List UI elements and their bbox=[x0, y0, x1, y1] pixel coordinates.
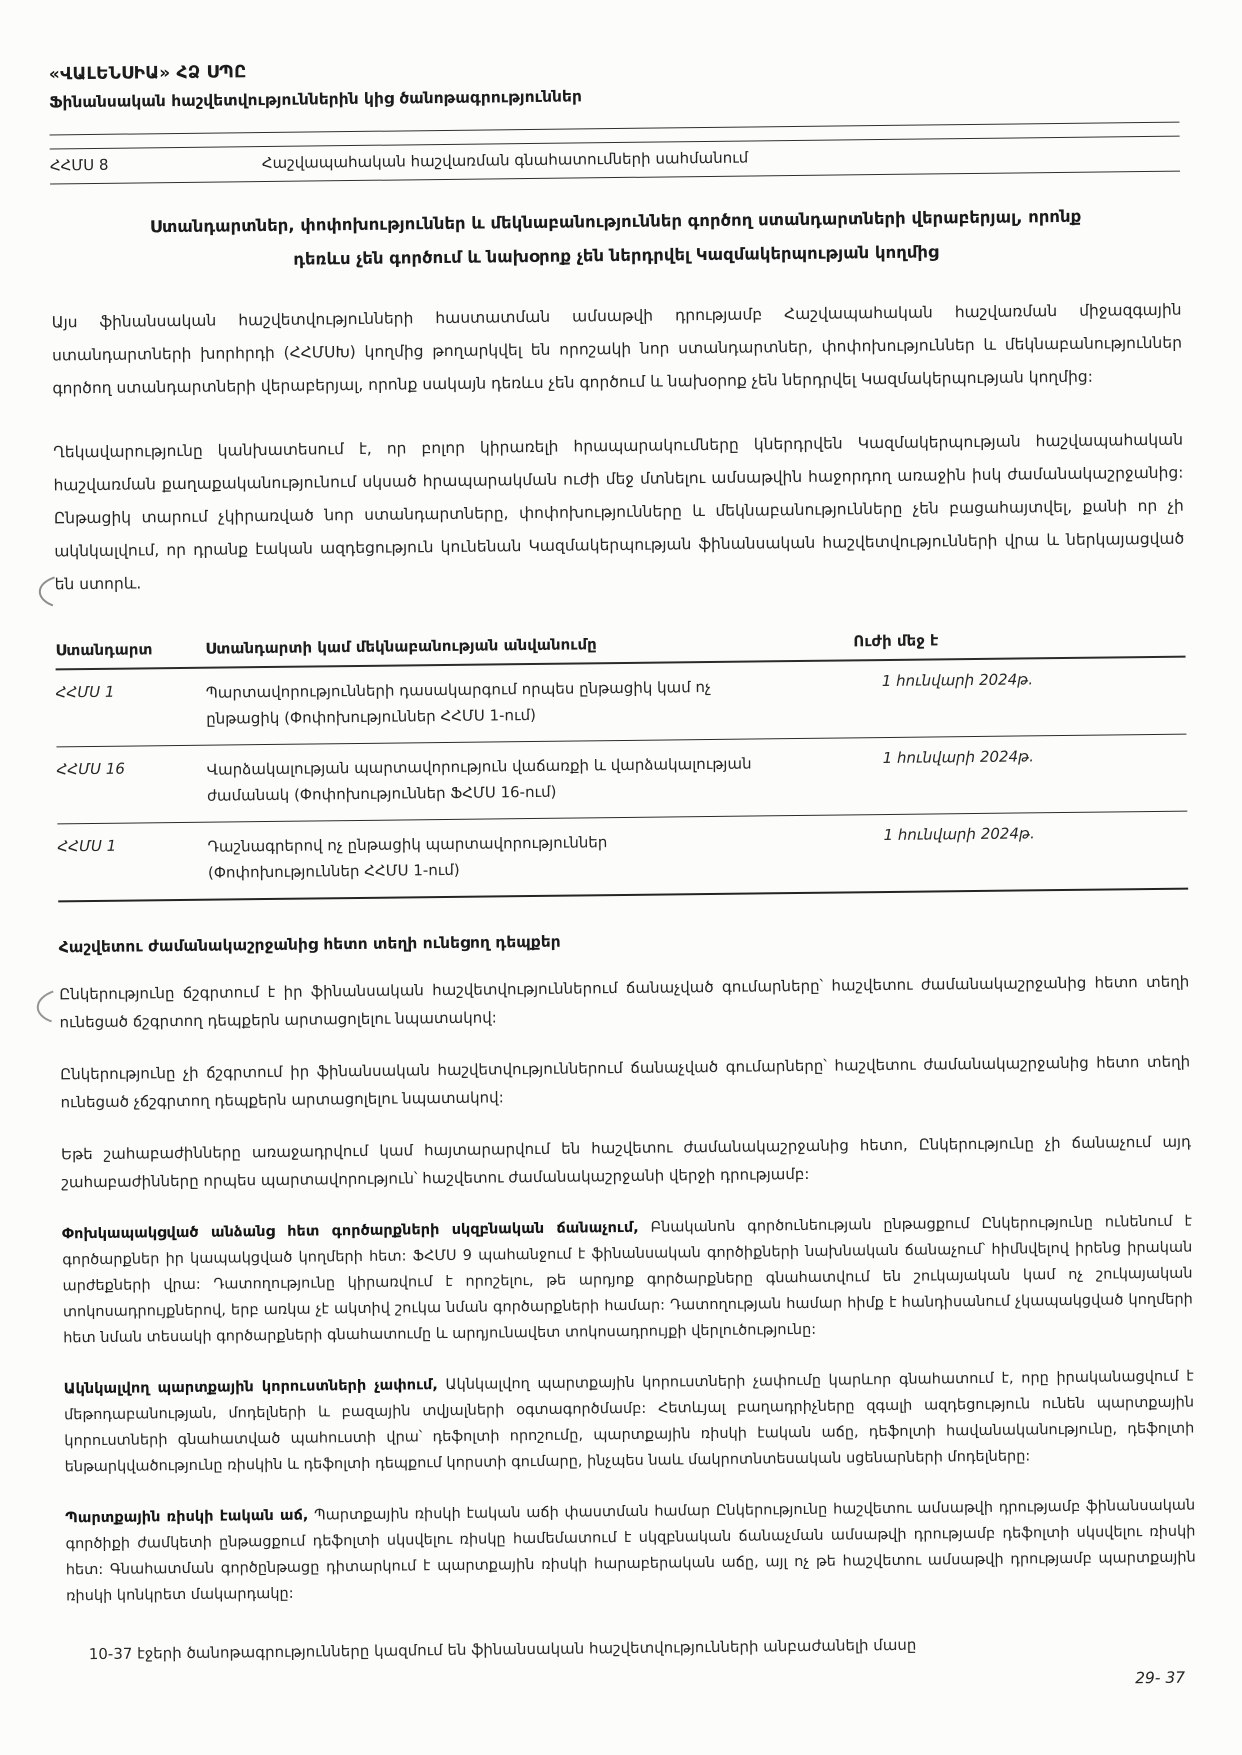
cell-standard: ՀՀՄՍ 1 bbox=[57, 834, 208, 888]
standard-reference-title: Հաշվապահական հաշվառման գնահատումների սահ… bbox=[262, 149, 749, 173]
company-name: «ՎԱԼԵՆՍԻԱ» ՀՁ ՍՊԸ bbox=[49, 52, 1179, 85]
document-subtitle: Ֆինանսական հաշվետվություններին կից ծանոթ… bbox=[49, 81, 1179, 112]
table-row: ՀՀՄՍ 1 Պարտավորությունների դասակարգում ո… bbox=[56, 658, 1187, 748]
cell-effective-date: 1 հունվարի 2024թ. bbox=[847, 746, 1188, 802]
events-after-reporting-heading: Հաշվետու ժամանակաշրջանից հետո տեղի ունեց… bbox=[59, 926, 1189, 957]
paragraph-credit-risk-increase: Պարտքային ռիսկի էական աճ, Պարտքային ռիսկ… bbox=[65, 1493, 1196, 1610]
standard-reference-row: ՀՀՄՍ 8 Հաշվապահական հաշվառման գնահատումն… bbox=[50, 136, 1180, 185]
cell-standard-name: Դաշնագրերով ոչ ընթացիկ պարտավորություննե… bbox=[207, 828, 753, 886]
scan-artifact-curve bbox=[27, 988, 57, 1024]
paragraph-standards-issued: Այս ֆինանսական հաշվետվությունների հաստատ… bbox=[51, 294, 1182, 406]
ecl-lead: Ակնկալվող պարտքային կորուստների չափում, bbox=[64, 1377, 438, 1397]
scanned-document-page: «ՎԱԼԵՆՍԻԱ» ՀՁ ՍՊԸ Ֆինանսական հաշվետվությ… bbox=[0, 0, 1242, 1755]
footer-note: 10-37 էջերի ծանոթագրությունները կազմում … bbox=[89, 1636, 917, 1663]
standard-code: ՀՀՄՍ 8 bbox=[50, 154, 262, 174]
column-header-name: Ստանդարտի կամ մեկնաբանության անվանումը bbox=[205, 632, 845, 657]
page-content: «ՎԱԼԵՆՍԻԱ» ՀՁ ՍՊԸ Ֆինանսական հաշվետվությ… bbox=[48, 0, 1198, 1755]
paragraph-related-party-transactions: Փոխկապակցված անձանց հետ գործարքների սկզբ… bbox=[62, 1209, 1193, 1352]
cell-standard: ՀՀՄՍ 1 bbox=[56, 680, 207, 734]
paragraph-dividends: Եթե շահաբաժինները առաջադրվում կամ հայտար… bbox=[61, 1128, 1192, 1197]
cell-effective-date: 1 հունվարի 2024թ. bbox=[846, 669, 1187, 725]
paragraph-adjusting-events: Ընկերությունը ճշգրտում է իր ֆինանսական հ… bbox=[59, 968, 1190, 1037]
table-row: ՀՀՄՍ 1 Դաշնագրերով ոչ ընթացիկ պարտավորու… bbox=[57, 812, 1188, 903]
page-number: 29- 37 bbox=[1135, 1669, 1185, 1688]
paragraph-expected-credit-losses: Ակնկալվող պարտքային կորուստների չափում, … bbox=[64, 1364, 1195, 1481]
cell-standard-name: Պարտավորությունների դասակարգում որպես ըն… bbox=[206, 674, 752, 732]
table-row: ՀՀՄՍ 16 Վարձակալության պարտավորություն վ… bbox=[56, 735, 1187, 825]
section-title: Ստանդարտներ, փոփոխություններ և մեկնաբանո… bbox=[120, 199, 1111, 278]
cell-standard: ՀՀՄՍ 16 bbox=[57, 757, 208, 811]
standards-table: Ստանդարտ Ստանդարտի կամ մեկնաբանության ան… bbox=[55, 619, 1188, 903]
column-header-effective: Ուժի մեջ է bbox=[845, 629, 1185, 651]
sicr-lead: Պարտքային ռիսկի էական աճ, bbox=[65, 1508, 308, 1527]
paragraph-management-expectation: Ղեկավարությունը կանխատեսում է, որ բոլոր … bbox=[53, 424, 1185, 602]
related-party-lead: Փոխկապակցված անձանց հետ գործարքների սկզբ… bbox=[62, 1220, 639, 1243]
column-header-standard: Ստանդարտ bbox=[55, 640, 205, 660]
paragraph-non-adjusting-events: Ընկերությունը չի ճշգրտում իր ֆինանսական … bbox=[60, 1048, 1191, 1117]
cell-standard-name: Վարձակալության պարտավորություն վաճառքի և… bbox=[207, 751, 753, 809]
divider-top bbox=[50, 122, 1180, 136]
cell-effective-date: 1 հունվարի 2024թ. bbox=[847, 823, 1188, 879]
